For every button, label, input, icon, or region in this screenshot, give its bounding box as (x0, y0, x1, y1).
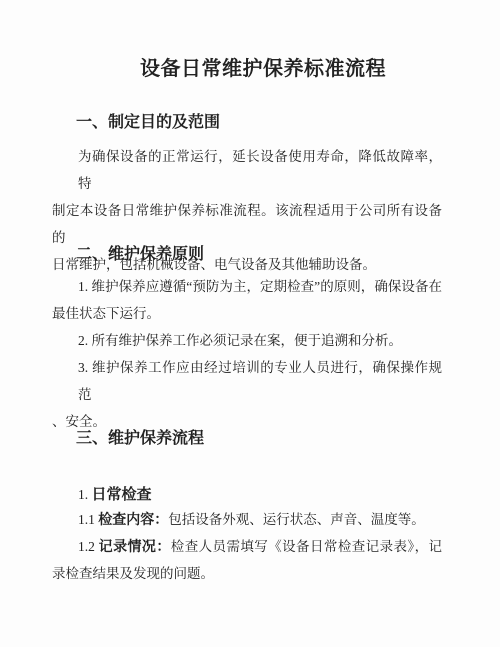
document-page: 设备日常维护保养标准流程 一、制定目的及范围 为确保设备的正常运行，延长设备使用… (0, 0, 500, 647)
item-1-2: 1.2 记录情况：检查人员需填写《设备日常检查记录表》，记 录检查结果及发现的问… (52, 533, 442, 587)
subsection-1-heading: 1. 日常检查 (52, 481, 442, 508)
item-number: 1.2 (78, 539, 99, 554)
item-label: 记录情况： (99, 538, 171, 554)
subsection-number: 1. (78, 487, 92, 502)
document-title: 设备日常维护保养标准流程 (0, 54, 500, 84)
item-text: 检查人员需填写《设备日常检查记录表》，记 (171, 539, 442, 554)
list-item-1-line-1: 1. 维护保养应遵循“预防为主，定期检查”的原则，确保设备在 (52, 273, 442, 300)
subsection-label: 日常检查 (92, 486, 152, 503)
list-item-1-line-2: 最佳状态下运行。 (52, 300, 442, 327)
item-label: 检查内容： (98, 511, 168, 527)
section-1-heading: 一、制定目的及范围 (52, 112, 442, 134)
text-line: 1.1 检查内容：包括设备外观、运行状态、声音、温度等。 (52, 506, 442, 533)
list-item-3-line-1: 3. 维护保养工作应由经过培训的专业人员进行，确保操作规范 (52, 354, 442, 408)
text-line: 制定本设备日常维护保养标准流程。该流程适用于公司所有设备的 (52, 197, 442, 251)
list-item-2: 2. 所有维护保养工作必须记录在案，便于追溯和分析。 (52, 327, 442, 354)
item-text: 包括设备外观、运行状态、声音、温度等。 (168, 512, 425, 527)
item-number: 1.1 (78, 512, 98, 527)
text-line: 1. 日常检查 (52, 481, 442, 508)
text-line: 录检查结果及发现的问题。 (52, 560, 442, 587)
section-2-heading: 二、维护保养原则 (52, 244, 442, 266)
text-line: 为确保设备的正常运行，延长设备使用寿命，降低故障率，特 (52, 143, 442, 197)
text-line: 1.2 记录情况：检查人员需填写《设备日常检查记录表》，记 (52, 533, 442, 560)
item-1-1: 1.1 检查内容：包括设备外观、运行状态、声音、温度等。 (52, 506, 442, 533)
section-3-heading: 三、维护保养流程 (52, 428, 442, 450)
section-2-list: 1. 维护保养应遵循“预防为主，定期检查”的原则，确保设备在 最佳状态下运行。 … (52, 273, 442, 435)
